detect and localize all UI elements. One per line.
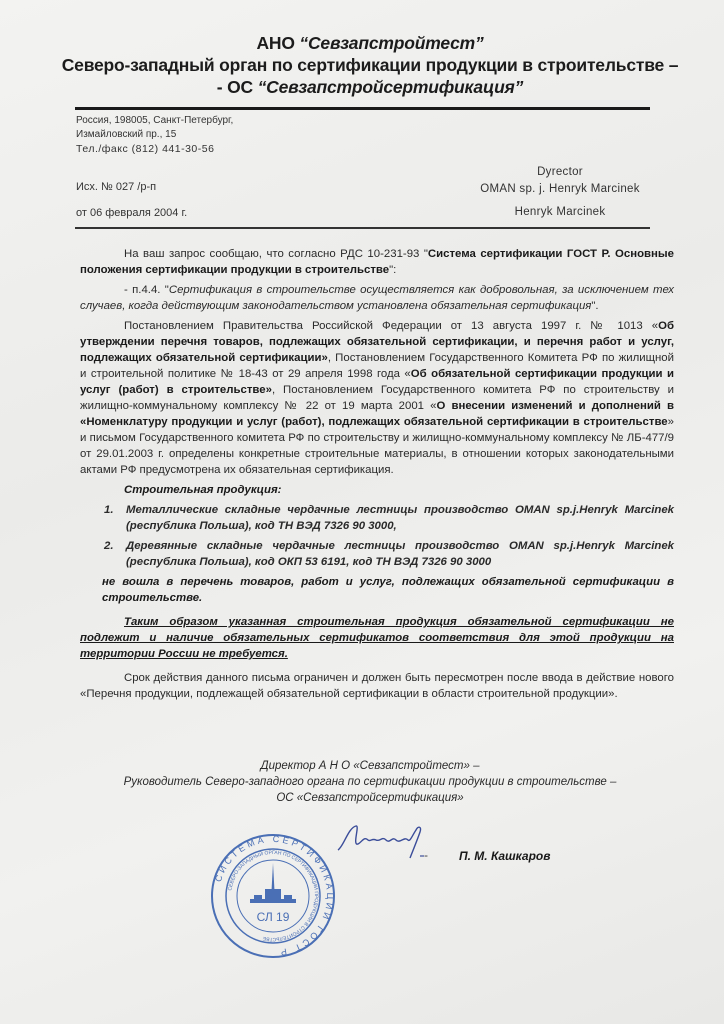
p2-italic: Сертификация в строительстве осуществляе… <box>80 284 674 312</box>
svg-text:СЛ 19: СЛ 19 <box>257 910 290 924</box>
signature-line1: Директор А Н О «Севзапстройтест» – <box>110 758 630 774</box>
letterhead-org: АНО “Севзапстройтест” <box>60 32 680 54</box>
letterhead-line2: Северо-западный орган по сертификации пр… <box>60 54 680 76</box>
product-text: Деревянные складные чердачные лестницы п… <box>126 540 674 568</box>
paragraph-regulations: Постановлением Правительства Российской … <box>80 318 674 478</box>
signer-name: П. М. Кашкаров <box>459 849 551 863</box>
letter-body: На ваш запрос сообщаю, что согласно РДС … <box>80 246 674 706</box>
letterhead-line3: - ОС “Севзапстройсертификация” <box>60 76 680 98</box>
recipient-name: Henryk Marcinek <box>460 204 660 221</box>
signature-line3: ОС «Севзапстройсертификация» <box>110 790 630 806</box>
product-item: 1.Металлические складные чердачные лестн… <box>104 502 674 534</box>
line3-prefix: - ОС <box>217 77 258 97</box>
paragraph-request: На ваш запрос сообщаю, что согласно РДС … <box>80 246 674 278</box>
address-line2: Измайловский пр., 15 <box>76 128 233 142</box>
line3-name: “Севзапстройсертификация” <box>258 77 524 97</box>
signature-line2: Руководитель Северо-западного органа по … <box>110 774 630 790</box>
conclusion-statement: Таким образом указанная строительная про… <box>80 614 674 662</box>
letter-date: от 06 февраля 2004 г. <box>76 207 187 219</box>
recipient-title: Dyrector <box>460 164 660 181</box>
letterhead: АНО “Севзапстройтест” Северо-западный ор… <box>60 32 680 98</box>
org-name: “Севзапстройтест” <box>299 33 483 53</box>
product-item: 2.Деревянные складные чердачные лестницы… <box>104 538 674 570</box>
header-divider <box>75 107 650 110</box>
validity-statement: Срок действия данного письма ограничен и… <box>80 670 674 702</box>
p2-end: ". <box>591 300 598 312</box>
recipient-block: Dyrector OMAN sp. j. Henryk Marcinek Hen… <box>460 164 660 221</box>
signature-title-block: Директор А Н О «Севзапстройтест» – Руков… <box>110 758 630 806</box>
address-line1: Россия, 198005, Санкт-Петербург, <box>76 114 233 128</box>
not-included-statement: не вошла в перечень товаров, работ и усл… <box>80 574 674 606</box>
signature-dash: - <box>424 848 428 862</box>
org-prefix: АНО <box>256 33 299 53</box>
certification-stamp-icon: СИСТЕМА СЕРТИФИКАЦИИ ГОСТ Р СЕВЕРО-ЗАПАД… <box>210 833 336 959</box>
reg-text: Постановлением Правительства Российской … <box>124 320 658 332</box>
letter-page: АНО “Севзапстройтест” Северо-западный ор… <box>0 0 724 1024</box>
p1-end: ": <box>389 264 396 276</box>
outgoing-number: Исх. № 027 /р-п <box>76 181 156 193</box>
address-phone: Тел./факс (812) 441-30-56 <box>76 142 233 156</box>
p1-text: На ваш запрос сообщаю, что согласно РДС … <box>124 248 428 260</box>
products-heading: Строительная продукция: <box>80 482 674 498</box>
sender-address: Россия, 198005, Санкт-Петербург, Измайло… <box>76 114 233 156</box>
product-text: Металлические складные чердачные лестниц… <box>126 504 674 532</box>
product-number: 1. <box>104 502 114 518</box>
products-list: 1.Металлические складные чердачные лестн… <box>104 502 674 570</box>
product-number: 2. <box>104 538 114 554</box>
recipient-company: OMAN sp. j. Henryk Marcinek <box>460 181 660 198</box>
paragraph-clause: - п.4.4. "Сертификация в строительстве о… <box>80 282 674 314</box>
address-divider <box>75 227 650 229</box>
p2-text: - п.4.4. " <box>124 284 169 296</box>
